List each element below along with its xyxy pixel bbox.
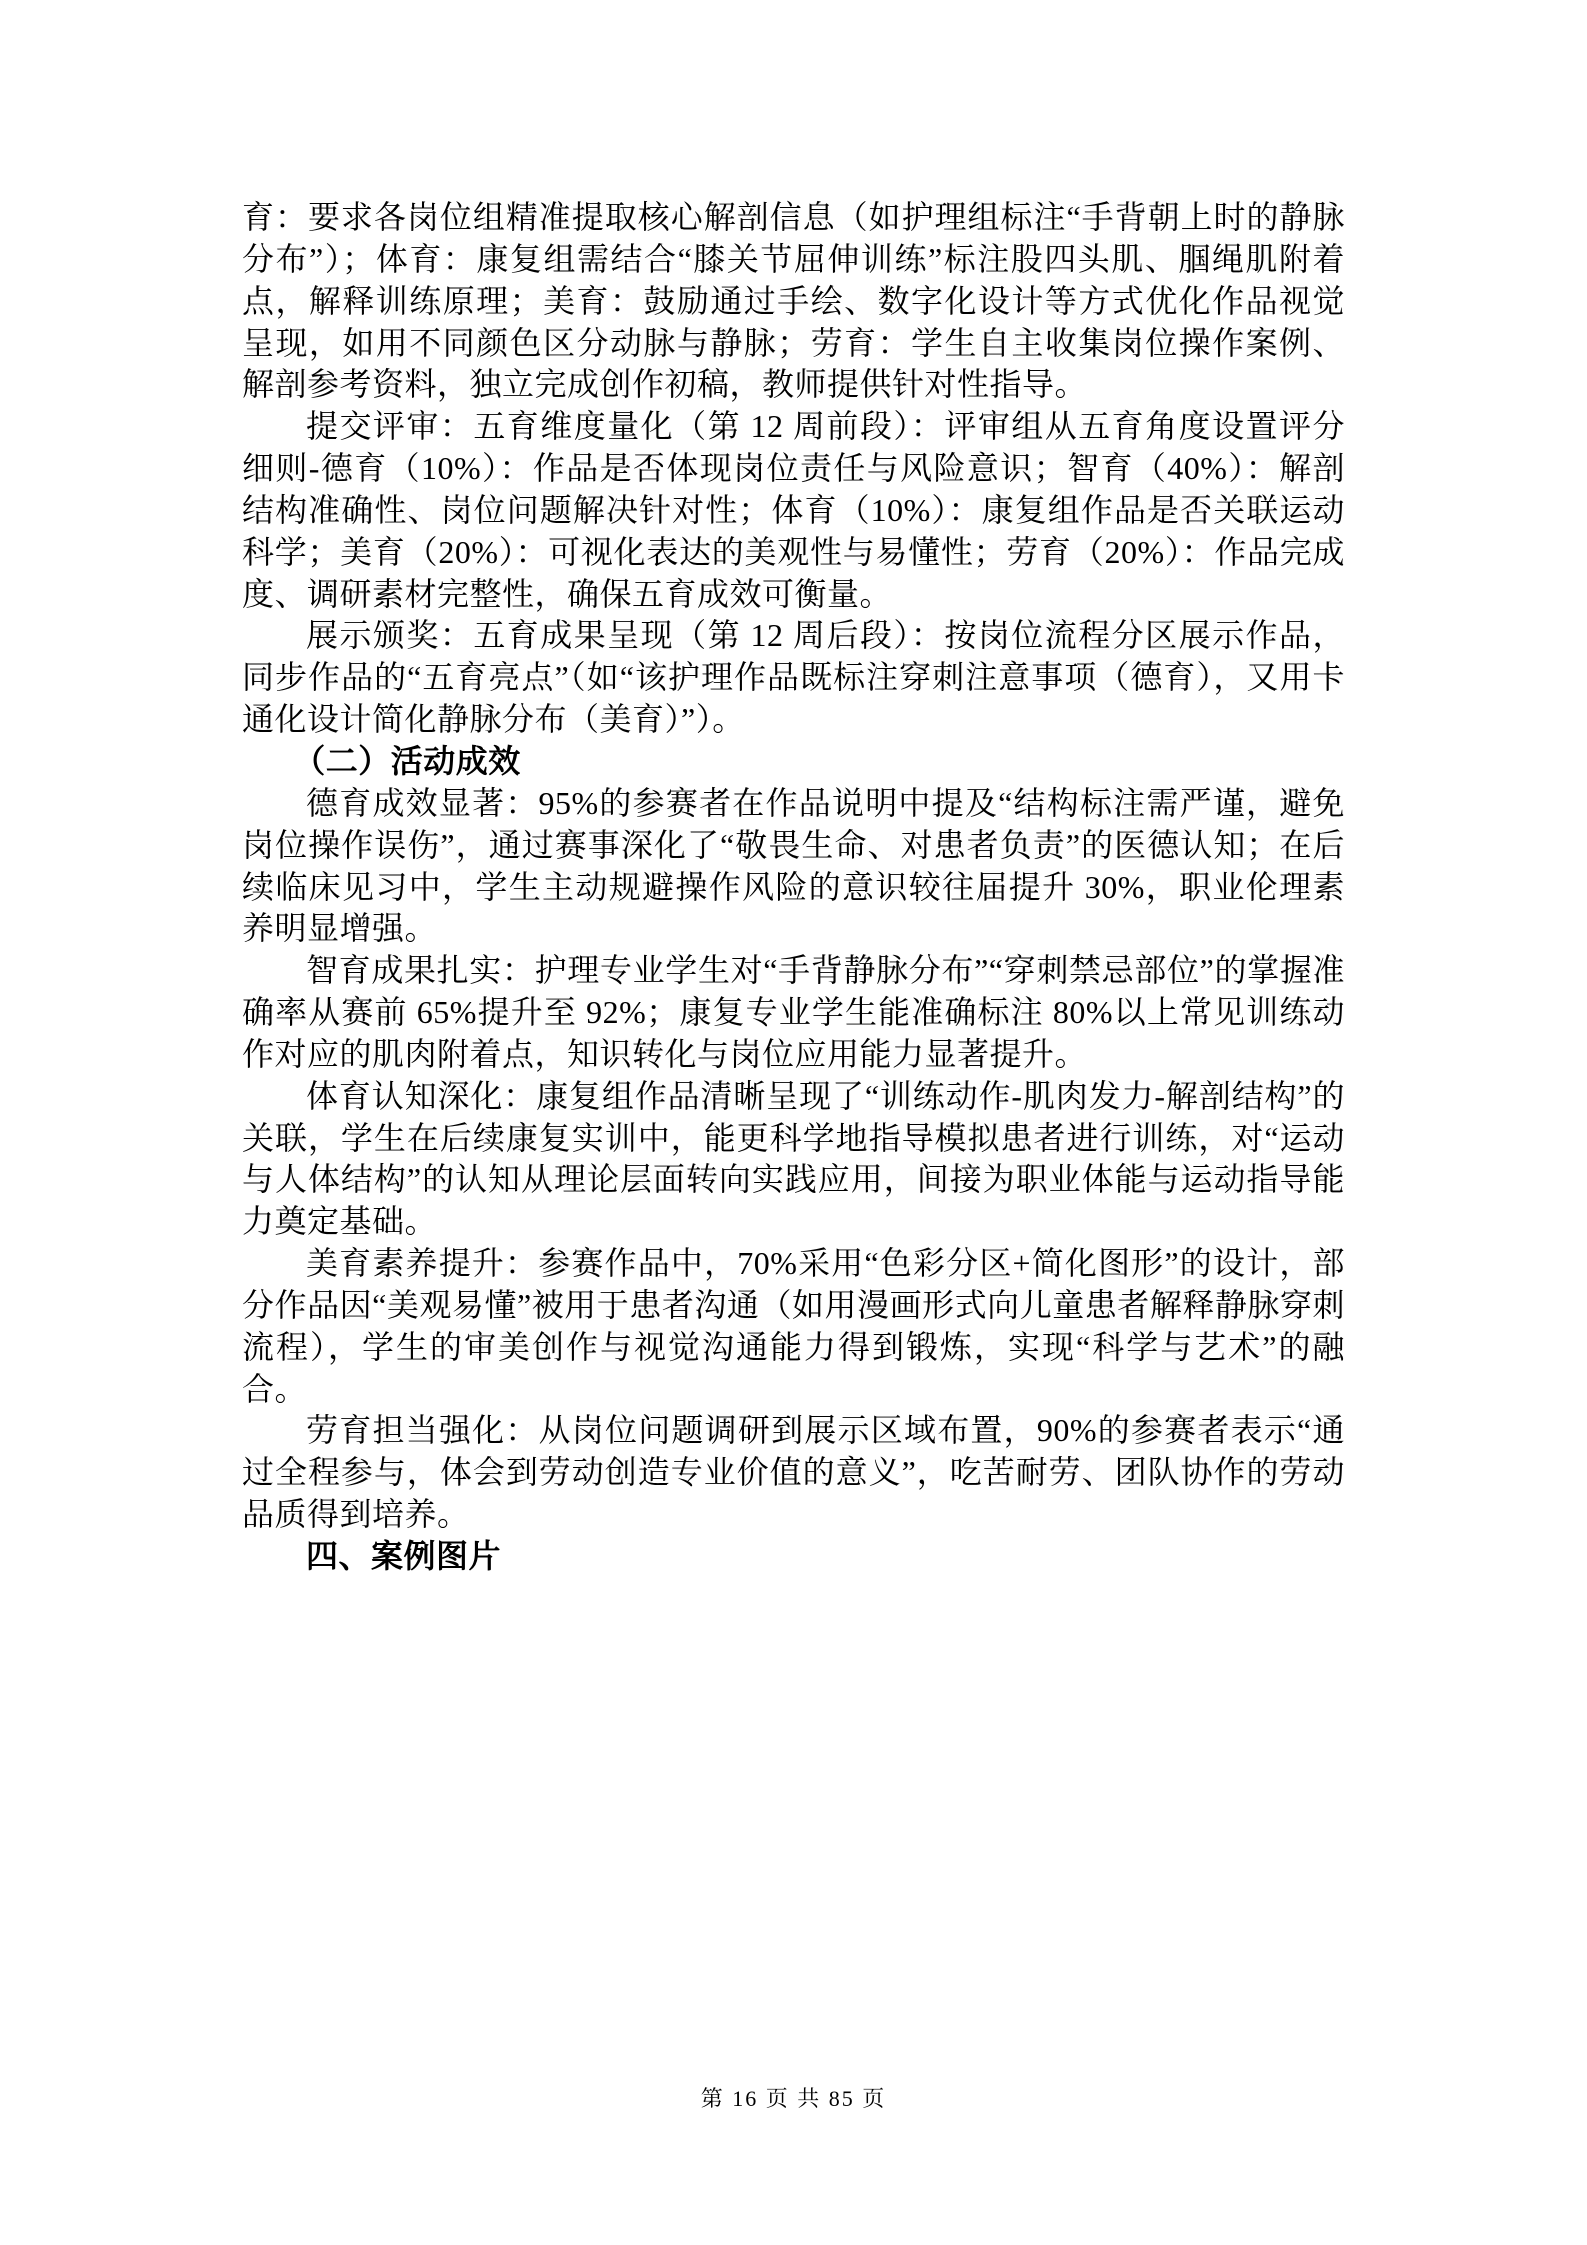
section-heading-case-images: 四、案例图片	[242, 1536, 1345, 1578]
paragraph-labor-education-results: 劳育担当强化：从岗位问题调研到展示区域布置，90%的参赛者表示“通过全程参与，体…	[242, 1410, 1345, 1536]
paragraph-physical-education-results: 体育认知深化：康复组作品清晰呈现了“训练动作-肌肉发力-解剖结构”的关联，学生在…	[242, 1076, 1345, 1243]
paragraph-moral-education-results: 德育成效显著：95%的参赛者在作品说明中提及“结构标注需严谨，避免岗位操作误伤”…	[242, 783, 1345, 950]
document-body: 育：要求各岗位组精准提取核心解剖信息（如护理组标注“手背朝上时的静脉分布”）；体…	[242, 197, 1345, 1578]
paragraph-submission-review: 提交评审：五育维度量化（第 12 周前段）：评审组从五育角度设置评分细则-德育（…	[242, 406, 1345, 615]
page-number: 第 16 页 共 85 页	[0, 2082, 1587, 2113]
paragraph-intellectual-education-results: 智育成果扎实：护理专业学生对“手背静脉分布”“穿刺禁忌部位”的掌握准确率从赛前 …	[242, 950, 1345, 1076]
paragraph-exhibition-awards: 展示颁奖：五育成果呈现（第 12 周后段）：按岗位流程分区展示作品，同步作品的“…	[242, 615, 1345, 741]
paragraph-continued-from-previous-page: 育：要求各岗位组精准提取核心解剖信息（如护理组标注“手背朝上时的静脉分布”）；体…	[242, 197, 1345, 406]
paragraph-aesthetic-education-results: 美育素养提升：参赛作品中，70%采用“色彩分区+简化图形”的设计，部分作品因“美…	[242, 1243, 1345, 1410]
section-heading-activity-results: （二）活动成效	[242, 741, 1345, 783]
document-page: 育：要求各岗位组精准提取核心解剖信息（如护理组标注“手背朝上时的静脉分布”）；体…	[0, 0, 1587, 2245]
